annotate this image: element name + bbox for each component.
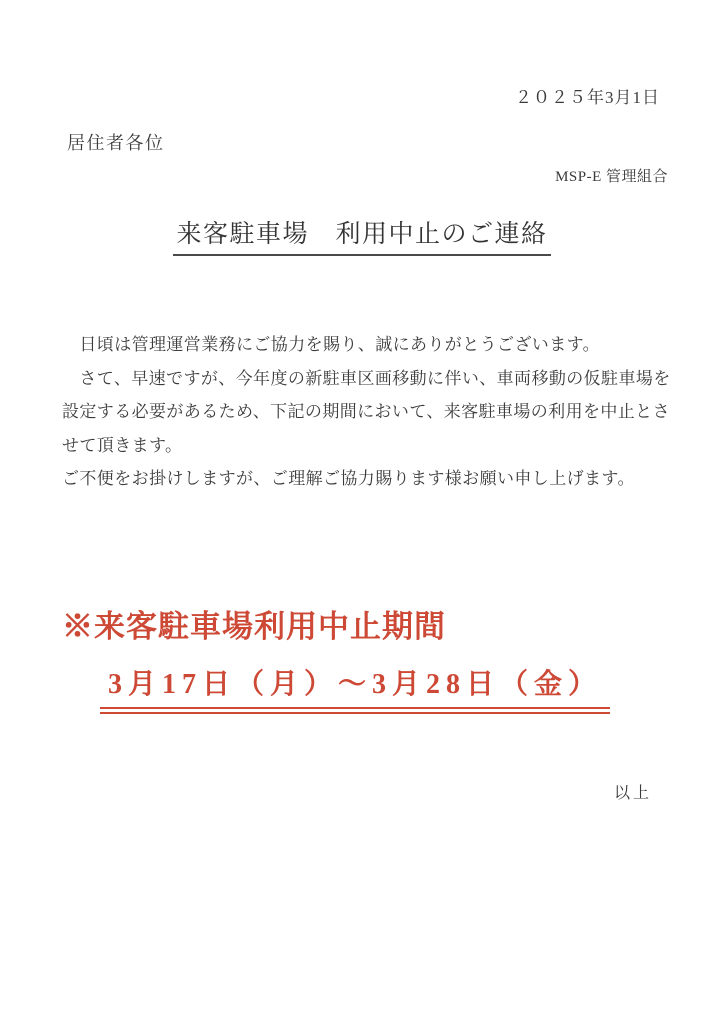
body-line: 設定する必要があるため、下記の期間において、来客駐車場の利用を中止とさ bbox=[62, 395, 676, 429]
body-line: ご不便をお掛けしますが、ご理解ご協力賜ります様お願い申し上げます。 bbox=[62, 462, 676, 496]
body-line: 日頃は管理運営業務にご協力を賜り、誠にありがとうございます。 bbox=[62, 328, 676, 362]
closing-text: 以上 bbox=[614, 780, 652, 803]
document-page: ２０２５年3月1日 居住者各位 MSP-E 管理組合 来客駐車場 利用中止のご連… bbox=[0, 0, 724, 1024]
document-title: 来客駐車場 利用中止のご連絡 bbox=[173, 214, 550, 256]
title-row: 来客駐車場 利用中止のご連絡 bbox=[0, 214, 724, 256]
body-line: せて頂きます。 bbox=[62, 429, 676, 463]
notice-heading: ※来客駐車場利用中止期間 bbox=[62, 601, 446, 646]
document-date: ２０２５年3月1日 bbox=[515, 83, 660, 108]
body-line: さて、早速ですが、今年度の新駐車区画移動に伴い、車両移動の仮駐車場を bbox=[62, 362, 676, 396]
body-paragraph: 日頃は管理運営業務にご協力を賜り、誠にありがとうございます。 さて、早速ですが、… bbox=[62, 328, 676, 496]
recipient-line: 居住者各位 bbox=[67, 129, 165, 155]
sender-line: MSP-E 管理組合 bbox=[555, 165, 668, 186]
notice-period: 3月17日（月）～3月28日（金） bbox=[100, 662, 610, 714]
